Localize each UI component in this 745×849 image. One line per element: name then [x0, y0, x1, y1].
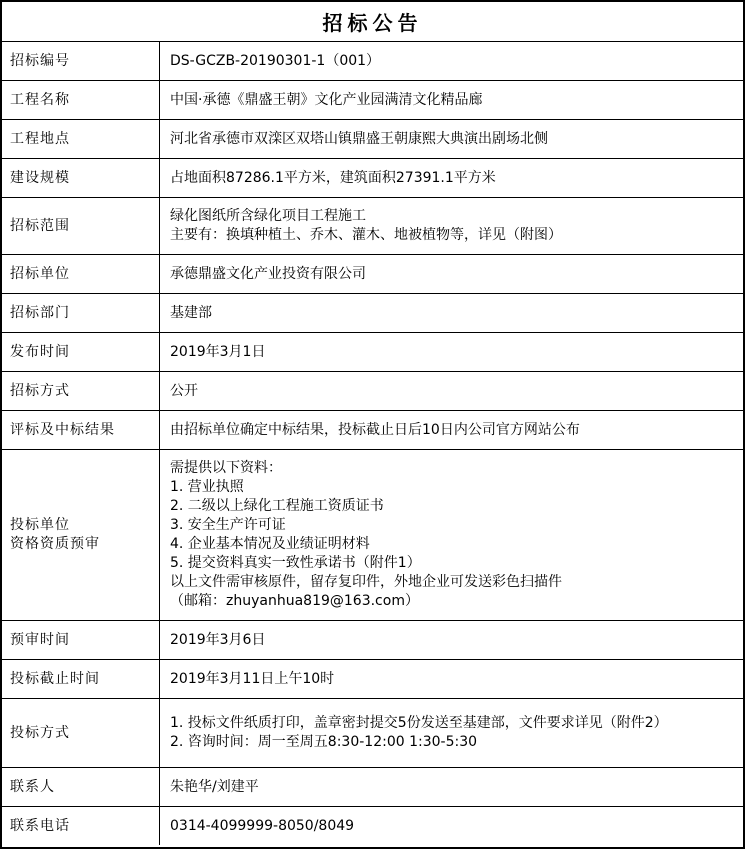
- tender-announcement-document: 招标公告 招标编号 DS-GCZB-20190301-1（001） 工程名称 中…: [0, 0, 745, 849]
- table-row-contact-person: 联系人 朱艳华/刘建平: [2, 768, 743, 807]
- table-row-bidder-prequalification: 投标单位 资格资质预审 需提供以下资料： 1. 营业执照 2. 二级以上绿化工程…: [2, 450, 743, 621]
- row-label: 发布时间: [2, 333, 160, 371]
- table-row-tender-unit: 招标单位 承德鼎盛文化产业投资有限公司: [2, 255, 743, 294]
- row-label: 联系电话: [2, 807, 160, 845]
- table-row-evaluation-result: 评标及中标结果 由招标单位确定中标结果，投标截止日后10日内公司官方网站公布: [2, 411, 743, 450]
- table-row-prequalification-time: 预审时间 2019年3月6日: [2, 621, 743, 660]
- row-value: 0314-4099999-8050/8049: [160, 807, 743, 845]
- table-row-contact-phone: 联系电话 0314-4099999-8050/8049: [2, 807, 743, 845]
- row-value: 由招标单位确定中标结果，投标截止日后10日内公司官方网站公布: [160, 411, 743, 449]
- table-row-construction-scale: 建设规模 占地面积87286.1平方米，建筑面积27391.1平方米: [2, 159, 743, 198]
- row-label: 工程地点: [2, 120, 160, 158]
- row-label: 投标方式: [2, 699, 160, 767]
- row-value: 承德鼎盛文化产业投资有限公司: [160, 255, 743, 293]
- row-label: 招标单位: [2, 255, 160, 293]
- row-label: 建设规模: [2, 159, 160, 197]
- row-value: 基建部: [160, 294, 743, 332]
- table-row-project-name: 工程名称 中国·承德《鼎盛王朝》文化产业园满清文化精品廊: [2, 81, 743, 120]
- table-row-bid-deadline: 投标截止时间 2019年3月11日上午10时: [2, 660, 743, 699]
- row-label: 招标范围: [2, 198, 160, 254]
- row-label: 工程名称: [2, 81, 160, 119]
- row-label: 评标及中标结果: [2, 411, 160, 449]
- row-value: DS-GCZB-20190301-1（001）: [160, 42, 743, 80]
- table-row-project-location: 工程地点 河北省承德市双滦区双塔山镇鼎盛王朝康熙大典演出剧场北侧: [2, 120, 743, 159]
- table-row-tender-department: 招标部门 基建部: [2, 294, 743, 333]
- row-label: 预审时间: [2, 621, 160, 659]
- row-value: 中国·承德《鼎盛王朝》文化产业园满清文化精品廊: [160, 81, 743, 119]
- table-row-tender-scope: 招标范围 绿化图纸所含绿化项目工程施工 主要有：换填种植土、乔木、灌木、地被植物…: [2, 198, 743, 255]
- row-value: 2019年3月1日: [160, 333, 743, 371]
- table-row-publish-time: 发布时间 2019年3月1日: [2, 333, 743, 372]
- row-label: 招标部门: [2, 294, 160, 332]
- row-value: 占地面积87286.1平方米，建筑面积27391.1平方米: [160, 159, 743, 197]
- row-value: 1. 投标文件纸质打印，盖章密封提交5份发送至基建部，文件要求详见（附件2） 2…: [160, 699, 743, 767]
- row-value: 需提供以下资料： 1. 营业执照 2. 二级以上绿化工程施工资质证书 3. 安全…: [160, 450, 743, 620]
- row-value: 公开: [160, 372, 743, 410]
- row-value: 绿化图纸所含绿化项目工程施工 主要有：换填种植土、乔木、灌木、地被植物等，详见（…: [160, 198, 743, 254]
- row-value: 2019年3月11日上午10时: [160, 660, 743, 698]
- row-label: 投标单位 资格资质预审: [2, 450, 160, 620]
- row-value: 河北省承德市双滦区双塔山镇鼎盛王朝康熙大典演出剧场北侧: [160, 120, 743, 158]
- table-row-bid-method: 投标方式 1. 投标文件纸质打印，盖章密封提交5份发送至基建部，文件要求详见（附…: [2, 699, 743, 768]
- row-label: 招标方式: [2, 372, 160, 410]
- row-label: 投标截止时间: [2, 660, 160, 698]
- page-title: 招标公告: [2, 2, 743, 42]
- table-row-tender-method: 招标方式 公开: [2, 372, 743, 411]
- row-label: 联系人: [2, 768, 160, 806]
- row-value: 朱艳华/刘建平: [160, 768, 743, 806]
- row-label: 招标编号: [2, 42, 160, 80]
- row-value: 2019年3月6日: [160, 621, 743, 659]
- table-row-tender-number: 招标编号 DS-GCZB-20190301-1（001）: [2, 42, 743, 81]
